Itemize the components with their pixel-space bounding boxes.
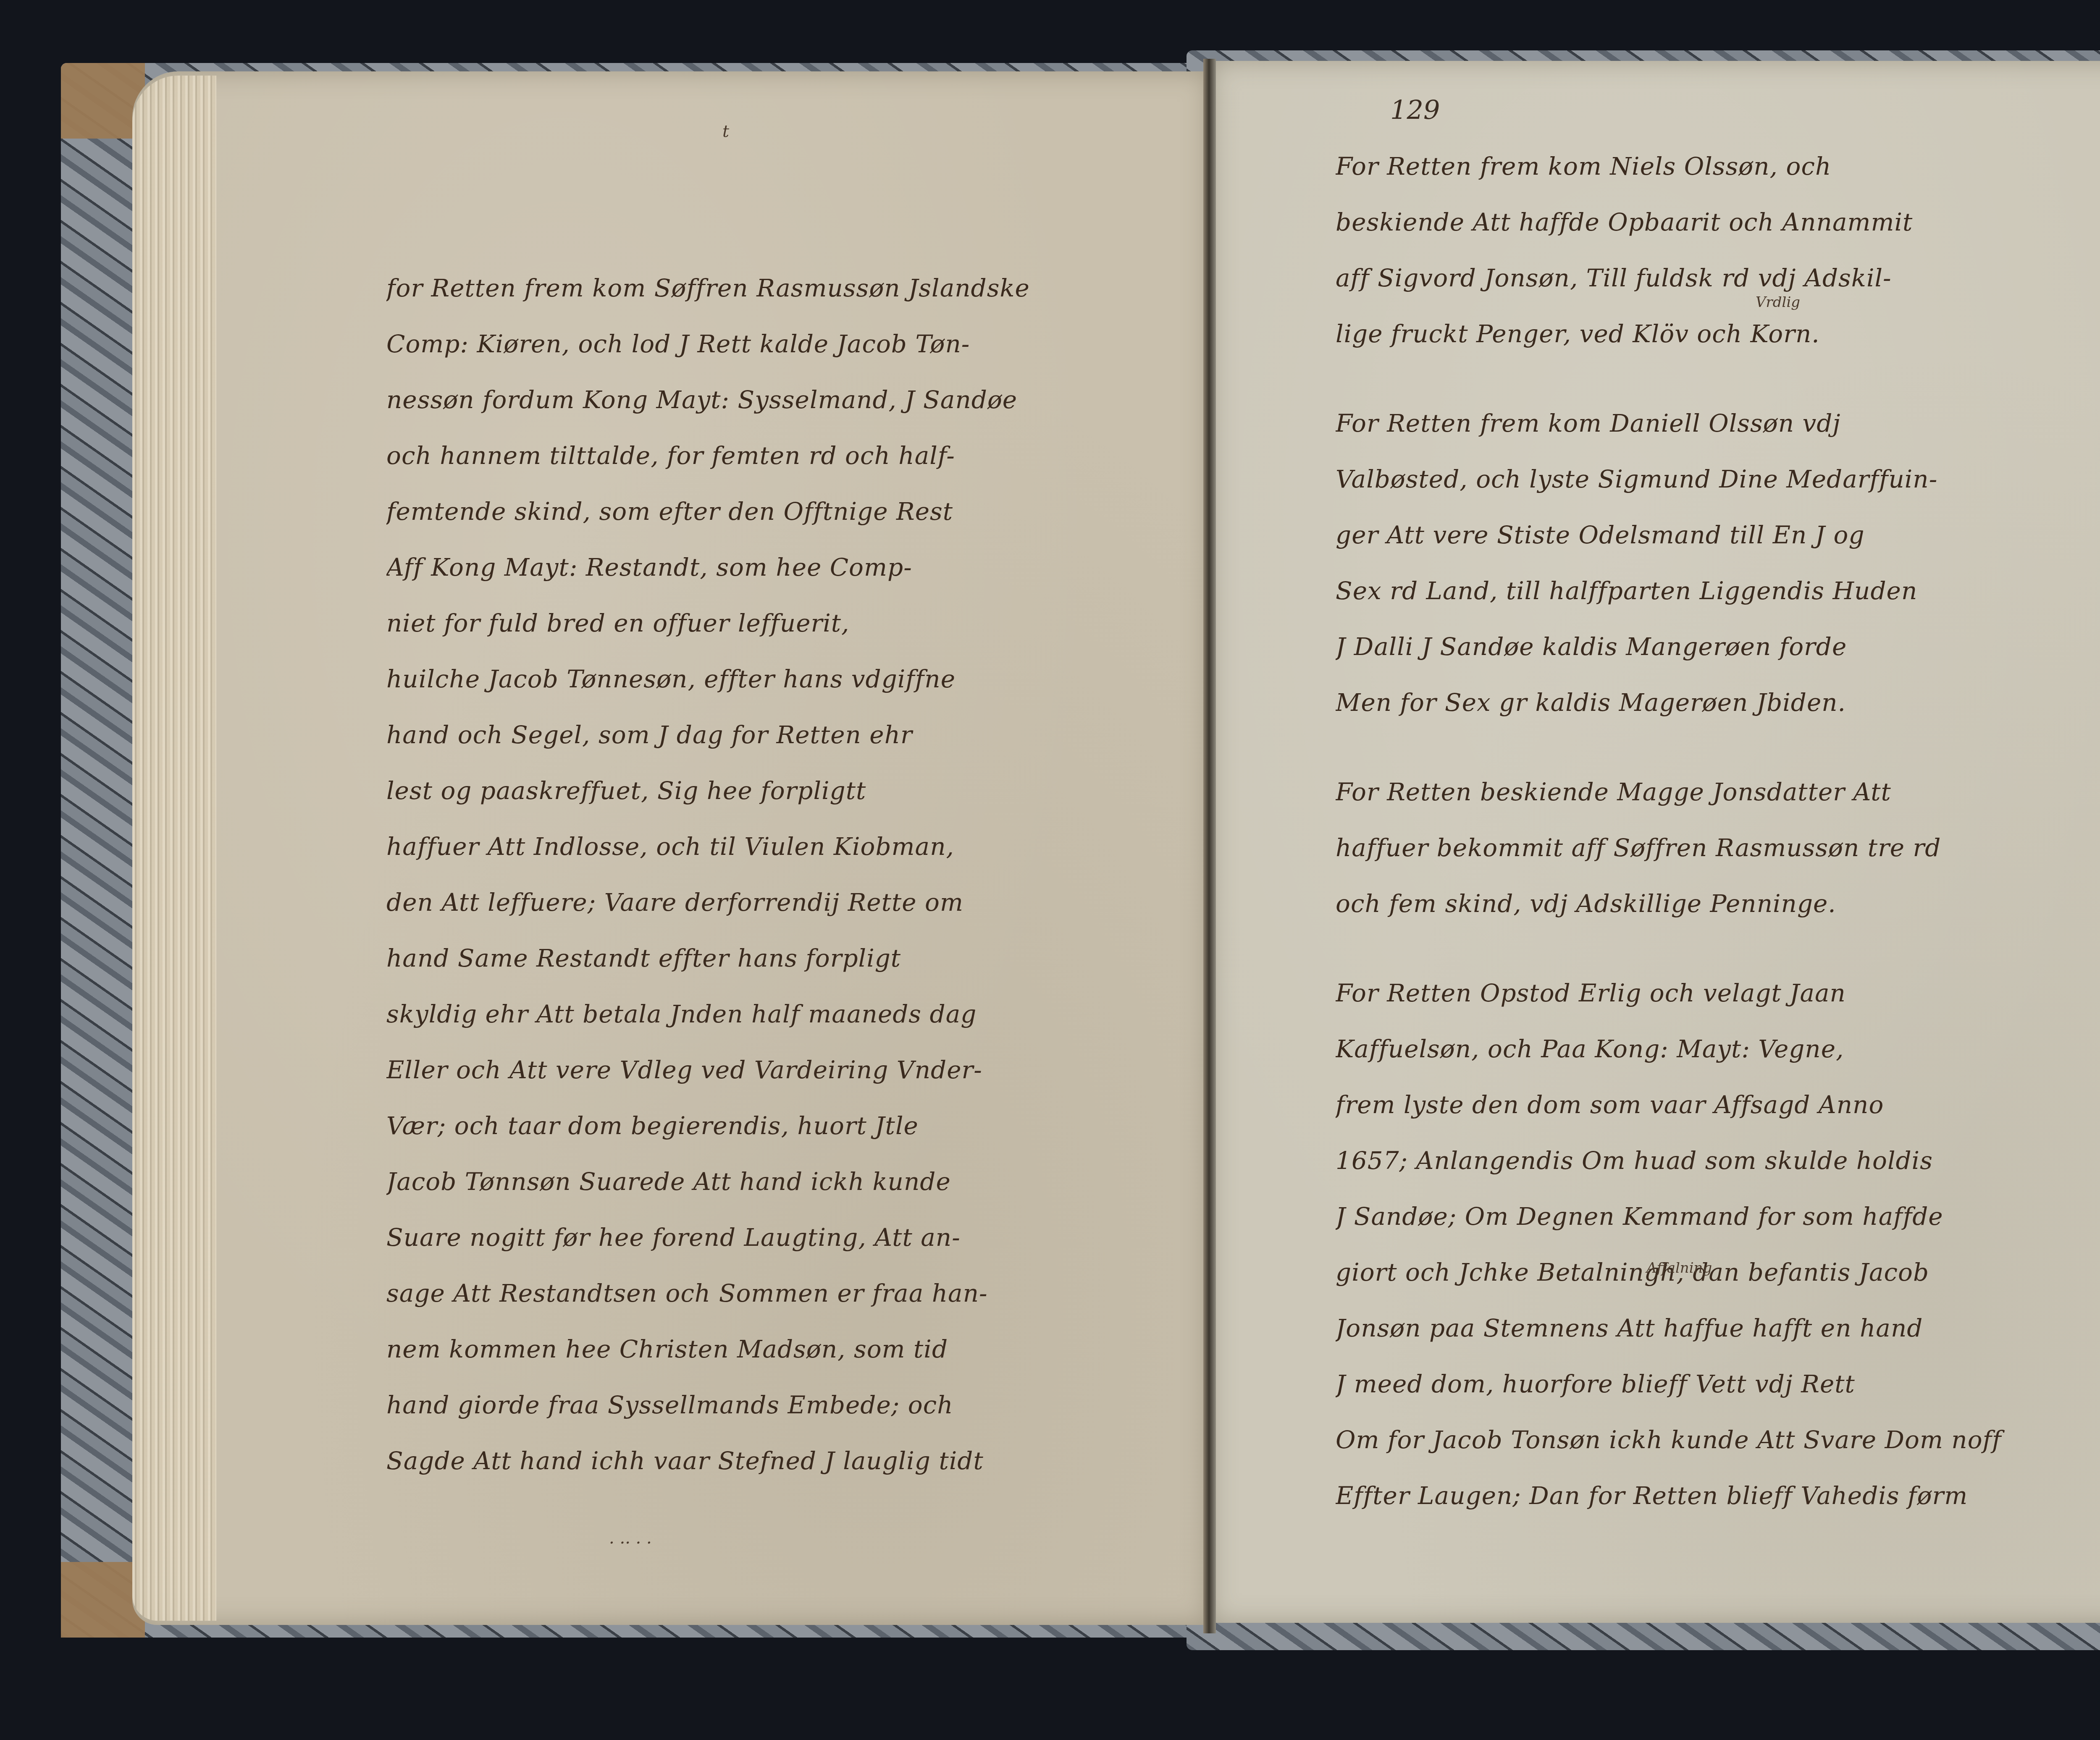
manuscript-line: skyldig ehr Att betala Jnden half maaned… (386, 986, 1184, 1042)
manuscript-line: den Att leffuere; Vaare derforrendij Ret… (386, 875, 1184, 930)
manuscript-line: och hannem tilttalde, for femten rd och … (386, 428, 1184, 484)
manuscript-line: for Retten frem kom Søffren Rasmussøn Js… (386, 260, 1184, 316)
manuscript-line: hand giorde fraa Syssellmands Embede; oc… (386, 1377, 1184, 1433)
manuscript-line: Comp: Kiøren, och lod J Rett kalde Jacob… (386, 316, 1184, 372)
manuscript-line: lige fruckt Penger, ved Klöv och Korn. (1336, 306, 2100, 362)
book-gutter (1203, 59, 1216, 1633)
manuscript-line: haffuer bekommit aff Søffren Rasmussøn t… (1336, 820, 2100, 876)
manuscript-line: haffuer Att Indlosse, och til Viulen Kio… (386, 819, 1184, 875)
left-page-bottom-marks: . .. . . (609, 1528, 652, 1548)
manuscript-line: J meed dom, huorfore blieff Vett vdj Ret… (1336, 1356, 2100, 1412)
interlinear-note: Affalning (1646, 1260, 1712, 1276)
entry-paragraph: For Retten frem kom Niels Olssøn, och be… (1336, 139, 2100, 362)
manuscript-line: hand Same Restandt effter hans forpligt (386, 930, 1184, 986)
manuscript-line: Suare nogitt før hee forend Laugting, At… (386, 1210, 1184, 1266)
manuscript-line: For Retten frem kom Daniell Olssøn vdj (1336, 396, 2100, 451)
manuscript-line: nessøn fordum Kong Mayt: Sysselmand, J S… (386, 372, 1184, 428)
manuscript-line: Aff Kong Mayt: Restandt, som hee Comp- (386, 540, 1184, 595)
manuscript-line: och fem skind, vdj Adskillige Penninge. (1336, 876, 2100, 932)
manuscript-line: aff Sigvord Jonsøn, Till fuldsk rd vdj A… (1336, 250, 2100, 306)
manuscript-line: femtende skind, som efter den Offtnige R… (386, 484, 1184, 540)
manuscript-line: sage Att Restandtsen och Sommen er fraa … (386, 1266, 1184, 1321)
manuscript-line: niet for fuld bred en offuer leffuerit, (386, 595, 1184, 651)
manuscript-line: frem lyste den dom som vaar Affsagd Anno (1336, 1077, 2100, 1133)
manuscript-line: J Dalli J Sandøe kaldis Mangerøen forde (1336, 619, 2100, 675)
right-page-text: For Retten frem kom Niels Olssøn, och be… (1336, 139, 2100, 1524)
entry-paragraph: For Retten Opstod Erlig och velagt Jaan … (1336, 965, 2100, 1524)
entry-paragraph: For Retten beskiende Magge Jonsdatter At… (1336, 764, 2100, 932)
manuscript-line: Jonsøn paa Stemnens Att haffue hafft en … (1336, 1300, 2100, 1356)
manuscript-line: ger Att vere Stiste Odelsmand till En J … (1336, 507, 2100, 563)
manuscript-line: hand och Segel, som J dag for Retten ehr (386, 707, 1184, 763)
manuscript-line: beskiende Att haffde Opbaarit och Annamm… (1336, 194, 2100, 250)
manuscript-line: Jacob Tønnsøn Suarede Att hand ickh kund… (386, 1154, 1184, 1210)
manuscript-line: lest og paaskreffuet, Sig hee forpligtt (386, 763, 1184, 819)
manuscript-line: Om for Jacob Tonsøn ickh kunde Att Svare… (1336, 1412, 2100, 1468)
manuscript-line: Valbøsted, och lyste Sigmund Dine Medarf… (1336, 451, 2100, 507)
manuscript-line: Effter Laugen; Dan for Retten blieff Vah… (1336, 1468, 2100, 1524)
left-page-text: for Retten frem kom Søffren Rasmussøn Js… (386, 260, 1184, 1489)
manuscript-line: Eller och Att vere Vdleg ved Vardeiring … (386, 1042, 1184, 1098)
left-page-frayed-edges (132, 76, 216, 1621)
manuscript-line: Sagde Att hand ichh vaar Stefned J laugl… (386, 1433, 1184, 1489)
left-page-top-mark: t (722, 122, 729, 141)
manuscript-line: For Retten beskiende Magge Jonsdatter At… (1336, 764, 2100, 820)
manuscript-line: J Sandøe; Om Degnen Kemmand for som haff… (1336, 1189, 2100, 1245)
manuscript-line: For Retten Opstod Erlig och velagt Jaan (1336, 965, 2100, 1021)
manuscript-line: Men for Sex gr kaldis Magerøen Jbiden. (1336, 675, 2100, 731)
manuscript-line: giort och Jchke Betalningh, dan befantis… (1336, 1245, 2100, 1300)
manuscript-line: Kaffuelsøn, och Paa Kong: Mayt: Vegne, (1336, 1021, 2100, 1077)
manuscript-line: huilche Jacob Tønnesøn, effter hans vdgi… (386, 651, 1184, 707)
manuscript-line: nem kommen hee Christen Madsøn, som tid (386, 1321, 1184, 1377)
manuscript-line: 1657; Anlangendis Om huad som skulde hol… (1336, 1133, 2100, 1189)
entry-paragraph: For Retten frem kom Daniell Olssøn vdj V… (1336, 396, 2100, 731)
manuscript-line: Vær; och taar dom begierendis, huort Jtl… (386, 1098, 1184, 1154)
manuscript-line: For Retten frem kom Niels Olssøn, och (1336, 139, 2100, 194)
interlinear-note: Vrdlig (1756, 294, 1800, 311)
manuscript-line: Sex rd Land, till halffparten Liggendis … (1336, 563, 2100, 619)
page-number: 129 (1390, 94, 1440, 125)
